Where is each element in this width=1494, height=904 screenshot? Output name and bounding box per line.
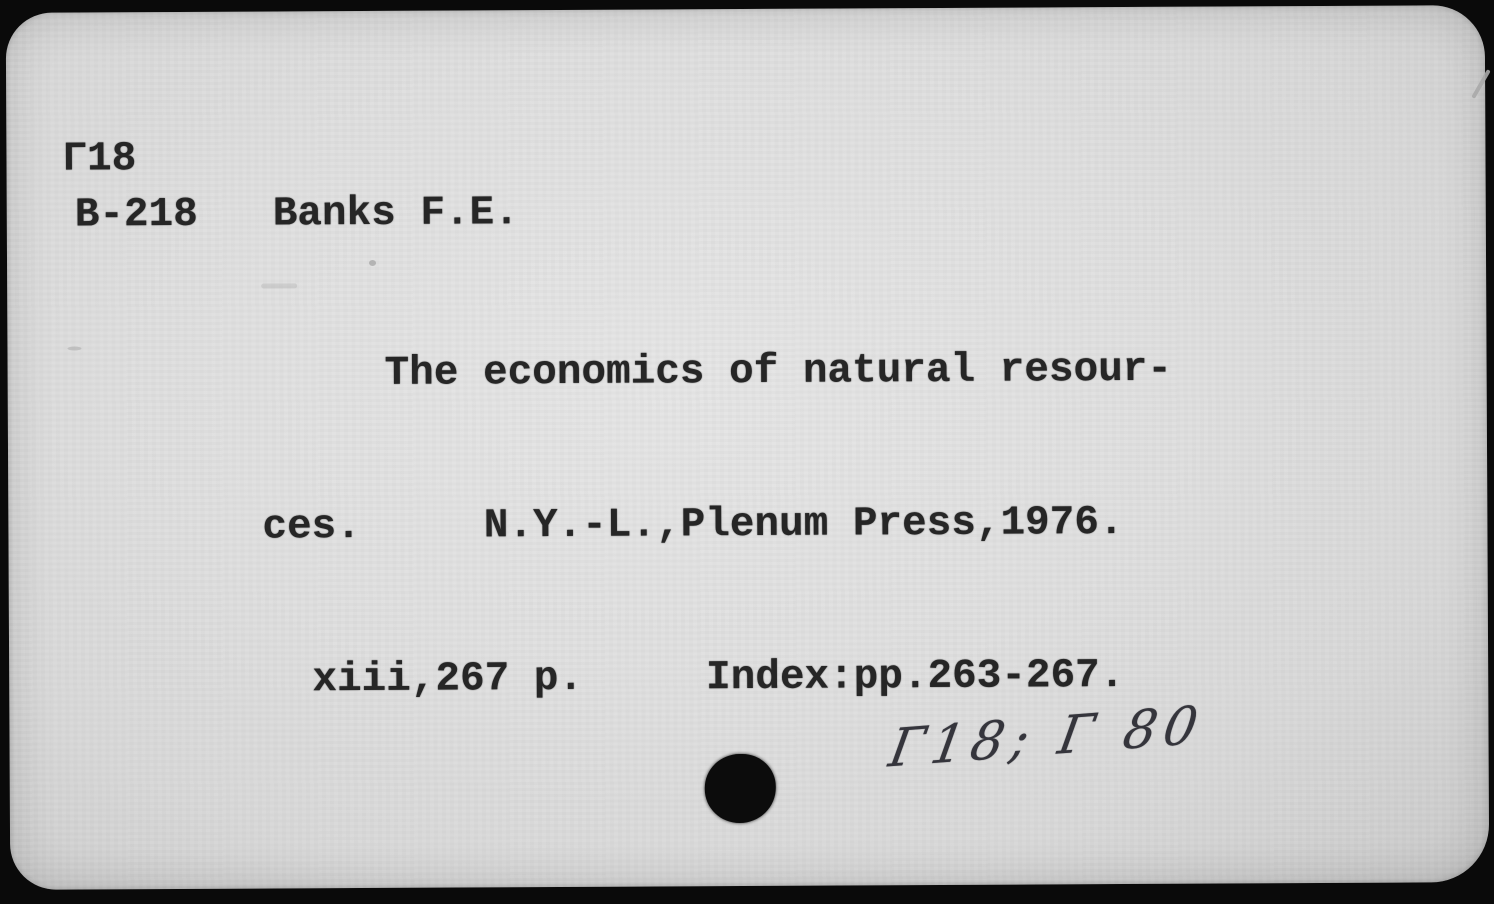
- scan-speck: [369, 260, 376, 266]
- classification-code: Г18: [62, 134, 136, 185]
- scan-speck: [261, 283, 297, 288]
- ink-hole-punch-dot: [705, 754, 776, 823]
- title-line: The economics of natural resour-: [261, 345, 1172, 401]
- author-name: Banks F.E.: [273, 188, 519, 240]
- call-number: B-218: [75, 190, 198, 242]
- scanned-catalog-card-photo: { "scan": { "background_color": "#0a0a0a…: [0, 0, 1494, 904]
- imprint-line: ces. N.Y.-L.,Plenum Press,1976.: [262, 498, 1173, 554]
- collation-line: xiii,267 p. Index:pp.263-267.: [263, 651, 1174, 707]
- scan-speck: [67, 346, 81, 350]
- catalog-card: Г18 B-218 Banks F.E. The economics of na…: [6, 5, 1490, 890]
